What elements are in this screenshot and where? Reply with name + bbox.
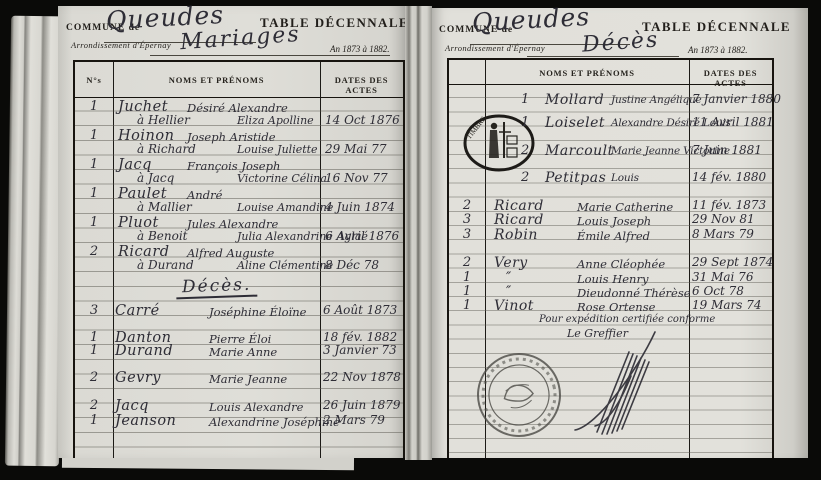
entry-number: 1 — [449, 270, 485, 285]
marriage-row: 1 Hoinon Joseph Aristide — [75, 128, 403, 143]
page-title: TABLE DÉCENNALE — [642, 19, 791, 35]
years-label: An 1873 à 1882. — [330, 44, 390, 54]
spouse-given-names: Victorine Célina — [237, 172, 327, 185]
entry-given-names: Alexandrine Joséphine — [209, 415, 340, 429]
book-gutter — [405, 6, 432, 460]
entry-date: 29 Nov 81 — [692, 212, 755, 226]
spouse-surname: à Richard — [137, 142, 196, 156]
death-row: 1 Durand Marie Anne 3 Janvier 73 — [75, 343, 403, 358]
header-rule — [150, 55, 390, 56]
spouse-surname: à Benoit — [137, 229, 188, 243]
entry-number: 2 — [75, 244, 113, 259]
entry-date: 8 Mars 79 — [692, 227, 754, 241]
entry-date: 16 Nov 77 — [325, 171, 388, 185]
entry-date: 26 Juin 1879 — [323, 398, 401, 412]
entry-number: 1 — [449, 284, 485, 299]
book-page-edges — [5, 16, 65, 467]
entry-given-names: Émile Alfred — [577, 229, 650, 243]
col-header-dates: DATES DES ACTES — [320, 75, 403, 95]
entry-surname: Very — [494, 255, 528, 271]
entry-surname: Robin — [494, 227, 538, 243]
death-row: 1 Loiselet Alexandre Désiré Louis 11 Avr… — [449, 115, 772, 130]
right-page: COMMUNE de Queudes TABLE DÉCENNALE Arron… — [432, 8, 808, 458]
death-row: 3 Carré Joséphine Éloïne 6 Août 1873 — [75, 303, 403, 318]
entry-given-names: Rose Ortense — [577, 300, 655, 314]
death-row: 3 Robin Émile Alfred 8 Mars 79 — [449, 227, 772, 242]
entry-number: 1 — [75, 215, 113, 230]
col-header-num: N°s — [75, 75, 113, 85]
entry-given-names: Justine Angélique — [611, 94, 702, 106]
spouse-surname: à Mallier — [137, 200, 192, 214]
entry-given-names: Marie Anne — [209, 345, 277, 359]
death-row: 2 Petitpas Louis 14 fév. 1880 — [449, 170, 772, 185]
col-header-names: NOMS ET PRÉNOMS — [113, 75, 320, 85]
entry-given-names: Marie Jeanne — [209, 372, 287, 386]
entry-date: 14 fév. 1880 — [692, 170, 766, 184]
entry-date: 18 fév. 1882 — [323, 330, 397, 344]
entry-number: 1 — [75, 343, 113, 358]
years-label: An 1873 à 1882. — [688, 45, 748, 55]
spouse-given-names: Louise Juliette — [237, 143, 318, 156]
spouse-given-names: Louise Amandine — [237, 201, 333, 214]
entry-given-names: Louis Joseph — [577, 214, 651, 228]
entry-date: 6 Août 1873 — [323, 303, 397, 317]
entry-surname: Petitpas — [545, 170, 606, 186]
death-row: 1 ″ Dieudonné Thérèse 6 Oct 78 — [449, 284, 772, 299]
left-table: N°s NOMS ET PRÉNOMS DATES DES ACTES 1 Ju… — [73, 60, 405, 458]
entry-number: 1 — [75, 186, 113, 201]
entry-date: 11 Avril 1881 — [692, 115, 774, 129]
marriage-row: 2 Ricard Alfred Auguste — [75, 244, 403, 259]
entry-date: 31 Mai 76 — [692, 270, 753, 284]
spouse-surname: à Durand — [137, 258, 194, 272]
entry-date: 6 Avril 1876 — [325, 229, 399, 243]
entry-number: 2 — [449, 198, 485, 213]
death-row: 2 Very Anne Cléophée 29 Sept 1874 — [449, 255, 772, 270]
entry-surname: Jacq — [115, 398, 149, 414]
entry-given-names: Louis Alexandre — [209, 400, 303, 414]
scanned-register-spread: COMMUNE de Queudes TABLE DÉCENNALE Arron… — [0, 0, 821, 480]
entry-date: 7 Juin 1881 — [692, 143, 762, 157]
entry-date: 7 Janvier 1880 — [692, 92, 781, 106]
marriage-row-spouse: à Durand Aline Clémentine 8 Déc 78 — [75, 258, 403, 273]
death-row: 2 Jacq Louis Alexandre 26 Juin 1879 — [75, 398, 403, 413]
col-header-names: NOMS ET PRÉNOMS — [485, 68, 689, 78]
marriage-row-spouse: à Jacq Victorine Célina 16 Nov 77 — [75, 171, 403, 186]
table-header: N°s NOMS ET PRÉNOMS DATES DES ACTES — [75, 62, 403, 98]
entry-surname: Ricard — [494, 212, 544, 228]
marriage-row: 1 Pluot Jules Alexandre — [75, 215, 403, 230]
death-row: 2 Ricard Marie Catherine 11 fév. 1873 — [449, 198, 772, 213]
entry-number: 1 — [75, 157, 113, 172]
marriage-row-spouse: à Hellier Eliza Apolline 14 Oct 1876 — [75, 113, 403, 128]
table-header: NOMS ET PRÉNOMS DATES DES ACTES — [449, 60, 772, 85]
entry-number: 2 — [75, 398, 113, 413]
entry-date: 29 Mai 77 — [325, 142, 386, 156]
entry-date: 19 Mars 74 — [692, 298, 762, 312]
commune-name-handwritten: Queudes — [471, 2, 590, 37]
greffier-signature-icon — [567, 326, 685, 438]
entry-surname: Mollard — [545, 92, 604, 108]
death-row: 1 ″ Louis Henry 31 Mai 76 — [449, 270, 772, 285]
marriage-row: 1 Paulet André — [75, 186, 403, 201]
death-row: 1 Mollard Justine Angélique 7 Janvier 18… — [449, 92, 772, 107]
marriage-row-spouse: à Richard Louise Juliette 29 Mai 77 — [75, 142, 403, 157]
entry-number: 1 — [521, 115, 543, 130]
death-row: 1 Jeanson Alexandrine Joséphine 2 Mars 7… — [75, 413, 403, 428]
death-row: 3 Ricard Louis Joseph 29 Nov 81 — [449, 212, 772, 227]
death-row: 1 Vinot Rose Ortense 19 Mars 74 — [449, 298, 772, 313]
death-row: 2 Marcoult Marie Jeanne Victorine 7 Juin… — [449, 143, 772, 158]
entry-date: 4 Juin 1874 — [325, 200, 395, 214]
entry-number: 1 — [75, 99, 113, 114]
entry-date: 2 Mars 79 — [323, 413, 385, 427]
entry-number: 1 — [521, 92, 543, 107]
entry-number: 2 — [449, 255, 485, 270]
entry-number: 1 — [75, 413, 113, 428]
entry-surname: Carré — [115, 303, 160, 319]
entry-surname: Loiselet — [545, 115, 605, 131]
marriage-row: 1 Juchet Désiré Alexandre — [75, 99, 403, 114]
entry-number: 2 — [521, 170, 543, 185]
marriage-row: 1 Jacq François Joseph — [75, 157, 403, 172]
marriage-row-spouse: à Mallier Louise Amandine 4 Juin 1874 — [75, 200, 403, 215]
entry-date: 8 Déc 78 — [325, 258, 379, 272]
entry-number: 3 — [75, 303, 113, 318]
entry-number: 1 — [75, 128, 113, 143]
certification-note: Pour expédition certifiée conforme — [539, 314, 715, 325]
spouse-surname: à Hellier — [137, 113, 190, 127]
entry-given-names: Louis — [611, 172, 639, 184]
deces-section-header: Décès. — [113, 276, 320, 298]
entry-date: 3 Janvier 73 — [323, 343, 397, 357]
entry-surname: Vinot — [494, 298, 534, 314]
spouse-given-names: Eliza Apolline — [237, 114, 314, 127]
spouse-surname: à Jacq — [137, 171, 174, 185]
left-page: COMMUNE de Queudes TABLE DÉCENNALE Arron… — [58, 6, 410, 458]
entry-date: 22 Nov 1878 — [323, 370, 401, 384]
marriage-row-spouse: à Benoit Julia Alexandrine Aglaé 6 Avril… — [75, 229, 403, 244]
entry-number: 2 — [75, 370, 113, 385]
entry-given-names: Joséphine Éloïne — [209, 305, 306, 319]
entry-surname: Jeanson — [115, 413, 176, 429]
entry-surname: Gevry — [115, 370, 161, 386]
entry-date: 14 Oct 1876 — [325, 113, 400, 127]
entry-number: 3 — [449, 212, 485, 227]
death-row: 2 Gevry Marie Jeanne 22 Nov 1878 — [75, 370, 403, 385]
entry-date: 6 Oct 78 — [692, 284, 744, 298]
entry-surname: Durand — [115, 343, 173, 359]
entry-number: 2 — [521, 143, 543, 158]
entry-number: 3 — [449, 227, 485, 242]
entry-date: 11 fév. 1873 — [692, 198, 766, 212]
entry-number: 1 — [449, 298, 485, 313]
acte-type-handwritten: Décès — [581, 27, 660, 57]
entry-given-names: Anne Cléophée — [577, 257, 665, 271]
spouse-given-names: Aline Clémentine — [237, 259, 333, 272]
entry-surname: Marcoult — [545, 143, 614, 159]
entry-date: 29 Sept 1874 — [692, 255, 773, 269]
